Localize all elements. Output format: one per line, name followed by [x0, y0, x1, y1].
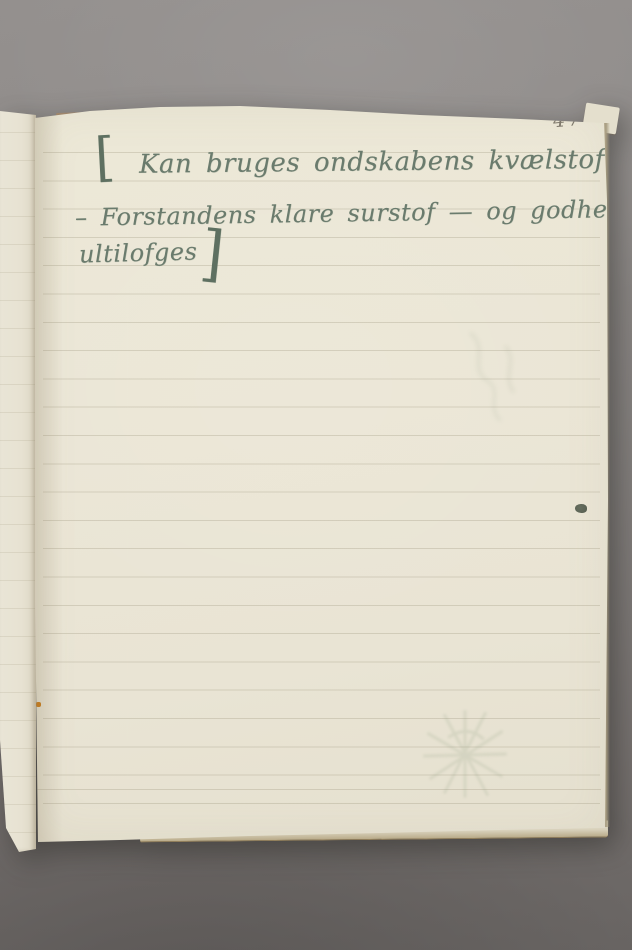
ink-dot	[575, 504, 587, 513]
rust-speck	[36, 702, 41, 707]
page-stack-fore-edge	[0, 104, 36, 852]
photo-backdrop: 47 [ Kan bruges ondskabens kvælstof gas …	[0, 0, 632, 950]
ghost-writing-smudge	[437, 324, 547, 434]
page-number: 47	[552, 108, 584, 133]
ghost-sketch	[413, 702, 517, 806]
handwriting-line-3: ultilofges	[79, 237, 198, 268]
notebook: 47 [ Kan bruges ondskabens kvælstof gas …	[0, 0, 632, 950]
notebook-page: 47 [ Kan bruges ondskabens kvælstof gas …	[35, 106, 609, 842]
handwriting-line-1: Kan bruges ondskabens kvælstof gas	[139, 144, 632, 180]
open-bracket: [	[94, 130, 116, 183]
gutter-shadow	[35, 106, 63, 842]
